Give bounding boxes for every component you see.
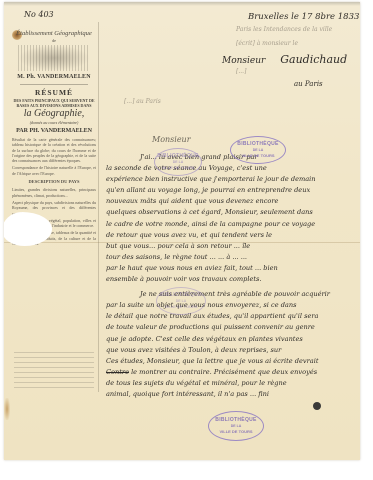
establishment-sub: de: [10, 38, 98, 43]
divider: [20, 84, 88, 85]
letter-line: de tous les sujets du végétal et minéral…: [106, 378, 358, 389]
printed-letterhead-column: Établissement Géographique de M. Ph. VAN…: [10, 28, 98, 388]
printed-paragraph: Résultat de la carte générale des connai…: [12, 137, 96, 163]
stamp-line: VILLE DE TOURS: [241, 153, 274, 159]
faint-header-line: [...]: [236, 68, 246, 75]
letter-sheet: No 403 Établissement Géographique de M. …: [4, 2, 360, 460]
resume-title: RÉSUMÉ: [10, 88, 98, 98]
letter-line: nouveaux mâts qui aident que vous devene…: [106, 196, 358, 207]
date-line: Bruxelles le 17 8bre 1833: [248, 12, 359, 22]
printed-paragraph: Correspondance de l'histoire naturelle à…: [12, 165, 96, 176]
library-stamp: BIBLIOTHÈQUE DE LA VILLE DE TOURS: [154, 148, 202, 176]
letter-line: qu'en allant au voyage long, je pourrai …: [106, 185, 358, 196]
resume-subtitle: DES FAITS PRINCIPAUX QUI SERVENT DE BASE…: [10, 98, 98, 108]
letter-line: de toute valeur de productions qui puiss…: [106, 322, 358, 333]
establishment-title: Établissement Géographique: [10, 30, 98, 38]
stamp-line: VILLE DE TOURS: [161, 165, 194, 171]
library-stamp: BIBLIOTHÈQUE DE LA VILLE DE TOURS: [208, 411, 264, 441]
faded-printed-lines: [14, 352, 94, 390]
letter-line-text: le montrer au contraire. Précisément que…: [131, 368, 317, 376]
letter-line: animal, quoique fort intéressant, il n'a…: [106, 389, 358, 400]
letter-line: expérience bien instructive que j'emport…: [106, 174, 358, 185]
letter-line: le détail que notre travail aux études, …: [106, 311, 358, 322]
library-stamp: BIBLIOTHÈQUE DE LA VILLE DE TOURS: [156, 287, 206, 315]
ink-blot: [313, 402, 321, 410]
letter-line: but que vous... pour cela à son retour .…: [106, 241, 358, 252]
resume-topic: la Géographie,: [10, 108, 98, 120]
letter-line: quelques observations à cet égard, Monsi…: [106, 207, 358, 218]
addressee-prefix: Monsieur: [222, 56, 265, 66]
letter-line: tour des saisons, le règne tout ... ... …: [106, 252, 358, 263]
addressee-name: Gaudichaud: [280, 53, 347, 66]
letter-line: par le haut que vous nous en aviez fait,…: [106, 263, 358, 274]
faint-header-line: [...] au Paris: [124, 98, 161, 105]
letter-line: que je adopte. C'est celle des végétaux …: [106, 334, 358, 345]
column-divider: [98, 22, 99, 392]
letter-line: par la suite un objet que vous nous envo…: [106, 300, 358, 311]
letter-line: de retour que vous avez vu, et qui tende…: [106, 230, 358, 241]
stamp-line: VILLE DE TOURS: [164, 304, 197, 310]
reference-number: No 403: [24, 10, 54, 19]
library-stamp: BIBLIOTHÈQUE DE LA VILLE DE TOURS: [230, 136, 286, 164]
printed-section-head: DESCRIPTION DU PAYS: [12, 179, 96, 184]
letter-line: Je ne suis entièrement très agréable de …: [106, 289, 358, 300]
edge-stain: [4, 398, 10, 420]
letter-line: que vous avez visitées à Toulon, à deux …: [106, 345, 358, 356]
letter-line: Ces études, Monsieur, que la lettre que …: [106, 356, 358, 367]
engraving-illustration: [18, 45, 90, 71]
salutation: Monsieur: [152, 135, 191, 144]
resume-note: (donnés au cours élémentaire): [10, 120, 98, 125]
stamp-line: VILLE DE TOURS: [219, 429, 252, 435]
printed-paragraph: Limites, grandes divisions naturelles, p…: [12, 187, 96, 198]
place: au Paris: [294, 80, 323, 88]
letter-line: la seconde de votre séance au Voyage, c'…: [106, 163, 358, 174]
crossed-word: Contre: [106, 368, 129, 376]
resume-author: PAR PH. VANDERMAELEN: [10, 127, 98, 135]
faint-header-line: [écrit] à monsieur le: [236, 40, 298, 47]
letter-line: le cadre de votre monde, ainsi de la cam…: [106, 219, 358, 230]
addressee: Monsieur Gaudichaud: [222, 53, 347, 66]
owner-name: M. Ph. VANDERMAELEN: [10, 73, 98, 81]
letter-line: Contre le montrer au contraire. Précisém…: [106, 367, 358, 378]
letter-line: ensemble à pouvoir voir vos travaux comp…: [106, 274, 358, 285]
letter-body: J'ai... lu avec bien grand plaisir par l…: [106, 152, 358, 400]
faint-header-line: Paris les Intendances de la ville: [236, 26, 332, 33]
